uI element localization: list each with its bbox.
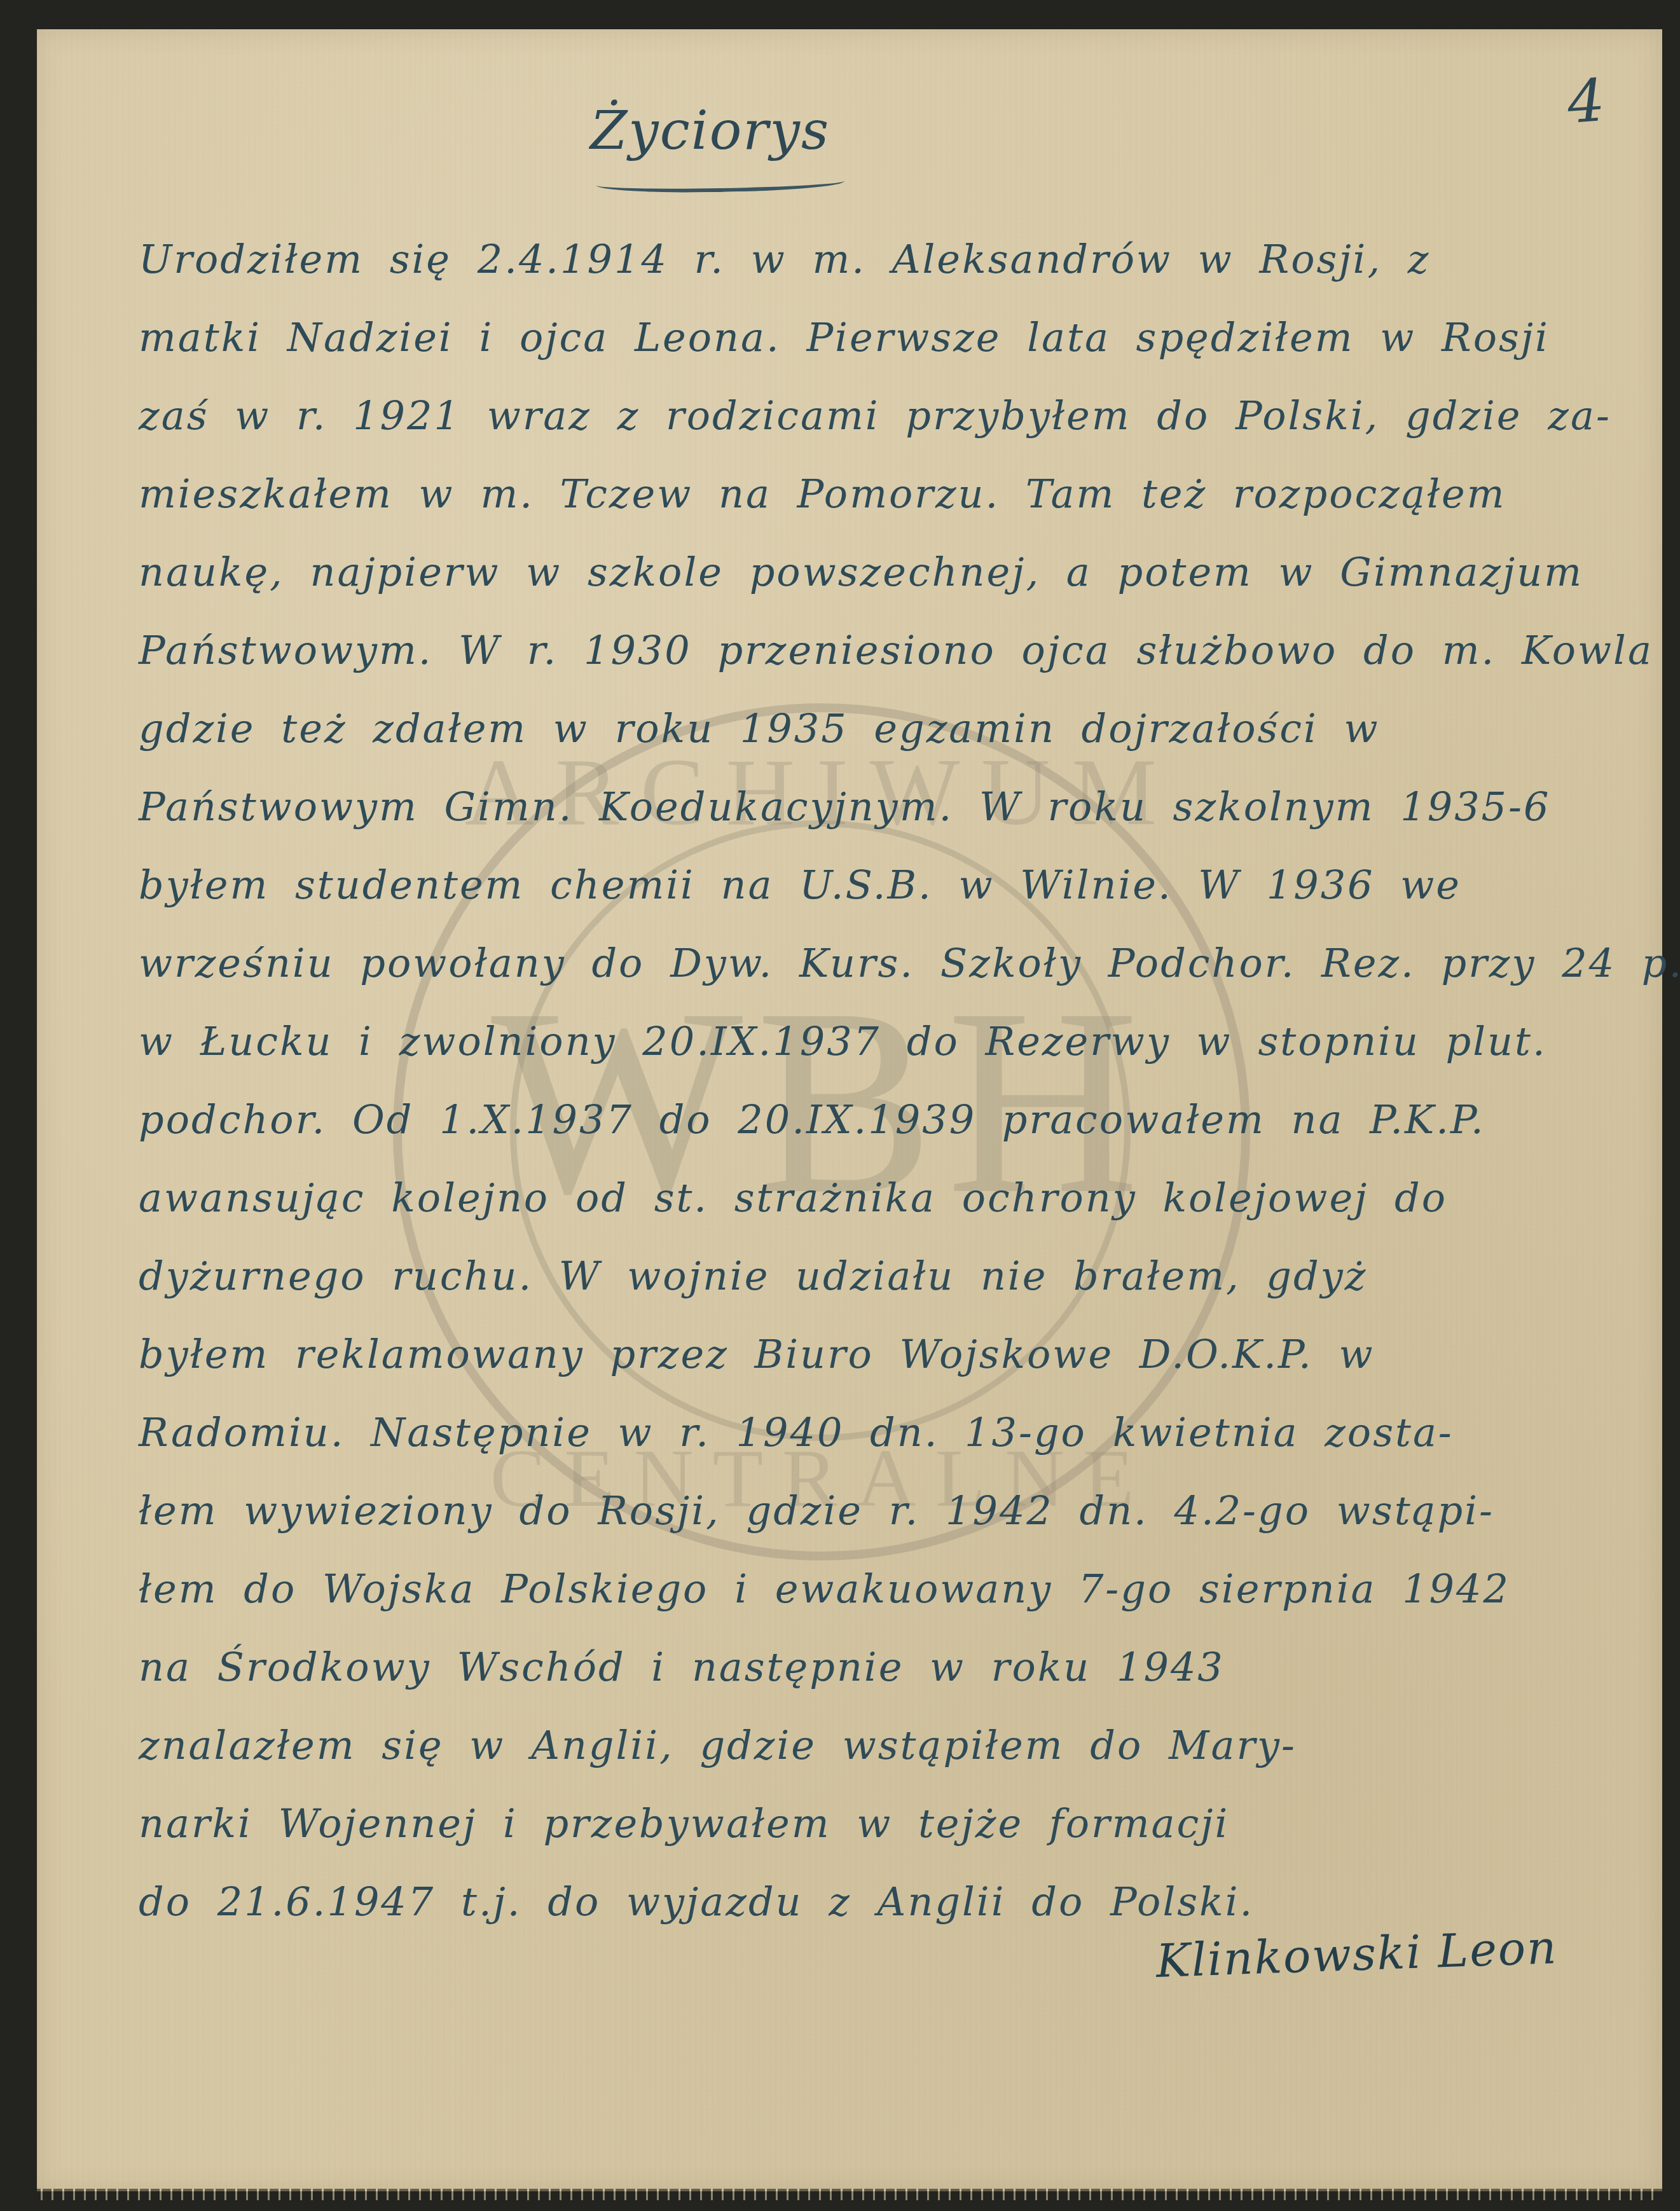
text-line: w Łucku i zwolniony 20.IX.1937 do Rezerw…: [139, 1002, 1665, 1080]
text-line: dyżurnego ruchu. W wojnie udziału nie br…: [139, 1237, 1665, 1315]
text-line: mieszkałem w m. Tczew na Pomorzu. Tam te…: [139, 455, 1665, 533]
handwritten-body: Urodziłem się 2.4.1914 r. w m. Aleksandr…: [139, 220, 1665, 1941]
text-line: narki Wojennej i przebywałem w tejże for…: [139, 1784, 1665, 1863]
title-underline: [596, 172, 844, 195]
text-line: byłem studentem chemii na U.S.B. w Wilni…: [139, 846, 1665, 924]
text-line: naukę, najpierw w szkole powszechnej, a …: [139, 533, 1665, 611]
document-page: ARCHIWUM WBH CENTRALNE 4 Życiorys Urodzi…: [37, 29, 1662, 2191]
text-line: zaś w r. 1921 wraz z rodzicami przybyłem…: [139, 376, 1665, 455]
document-title: Życiorys: [590, 99, 830, 162]
text-line: Radomiu. Następnie w r. 1940 dn. 13-go k…: [139, 1393, 1665, 1471]
page-number: 4: [1566, 66, 1608, 137]
text-line: podchor. Od 1.X.1937 do 20.IX.1939 praco…: [139, 1080, 1665, 1159]
text-line: byłem reklamowany przez Biuro Wojskowe D…: [139, 1315, 1665, 1393]
text-line: łem do Wojska Polskiego i ewakuowany 7-g…: [139, 1550, 1665, 1628]
text-line: Państwowym. W r. 1930 przeniesiono ojca …: [139, 611, 1665, 689]
text-line: awansując kolejno od st. strażnika ochro…: [139, 1159, 1665, 1237]
text-line: na Środkowy Wschód i następnie w roku 19…: [139, 1628, 1665, 1706]
text-line: matki Nadziei i ojca Leona. Pierwsze lat…: [139, 298, 1665, 376]
text-line: Państwowym Gimn. Koedukacyjnym. W roku s…: [139, 768, 1665, 846]
text-line: łem wywieziony do Rosji, gdzie r. 1942 d…: [139, 1471, 1665, 1550]
text-line: wrześniu powołany do Dyw. Kurs. Szkoły P…: [139, 924, 1665, 1002]
text-line: gdzie też zdałem w roku 1935 egzamin doj…: [139, 689, 1665, 768]
text-line: znalazłem się w Anglii, gdzie wstąpiłem …: [139, 1706, 1665, 1784]
text-line: Urodziłem się 2.4.1914 r. w m. Aleksandr…: [139, 220, 1665, 298]
